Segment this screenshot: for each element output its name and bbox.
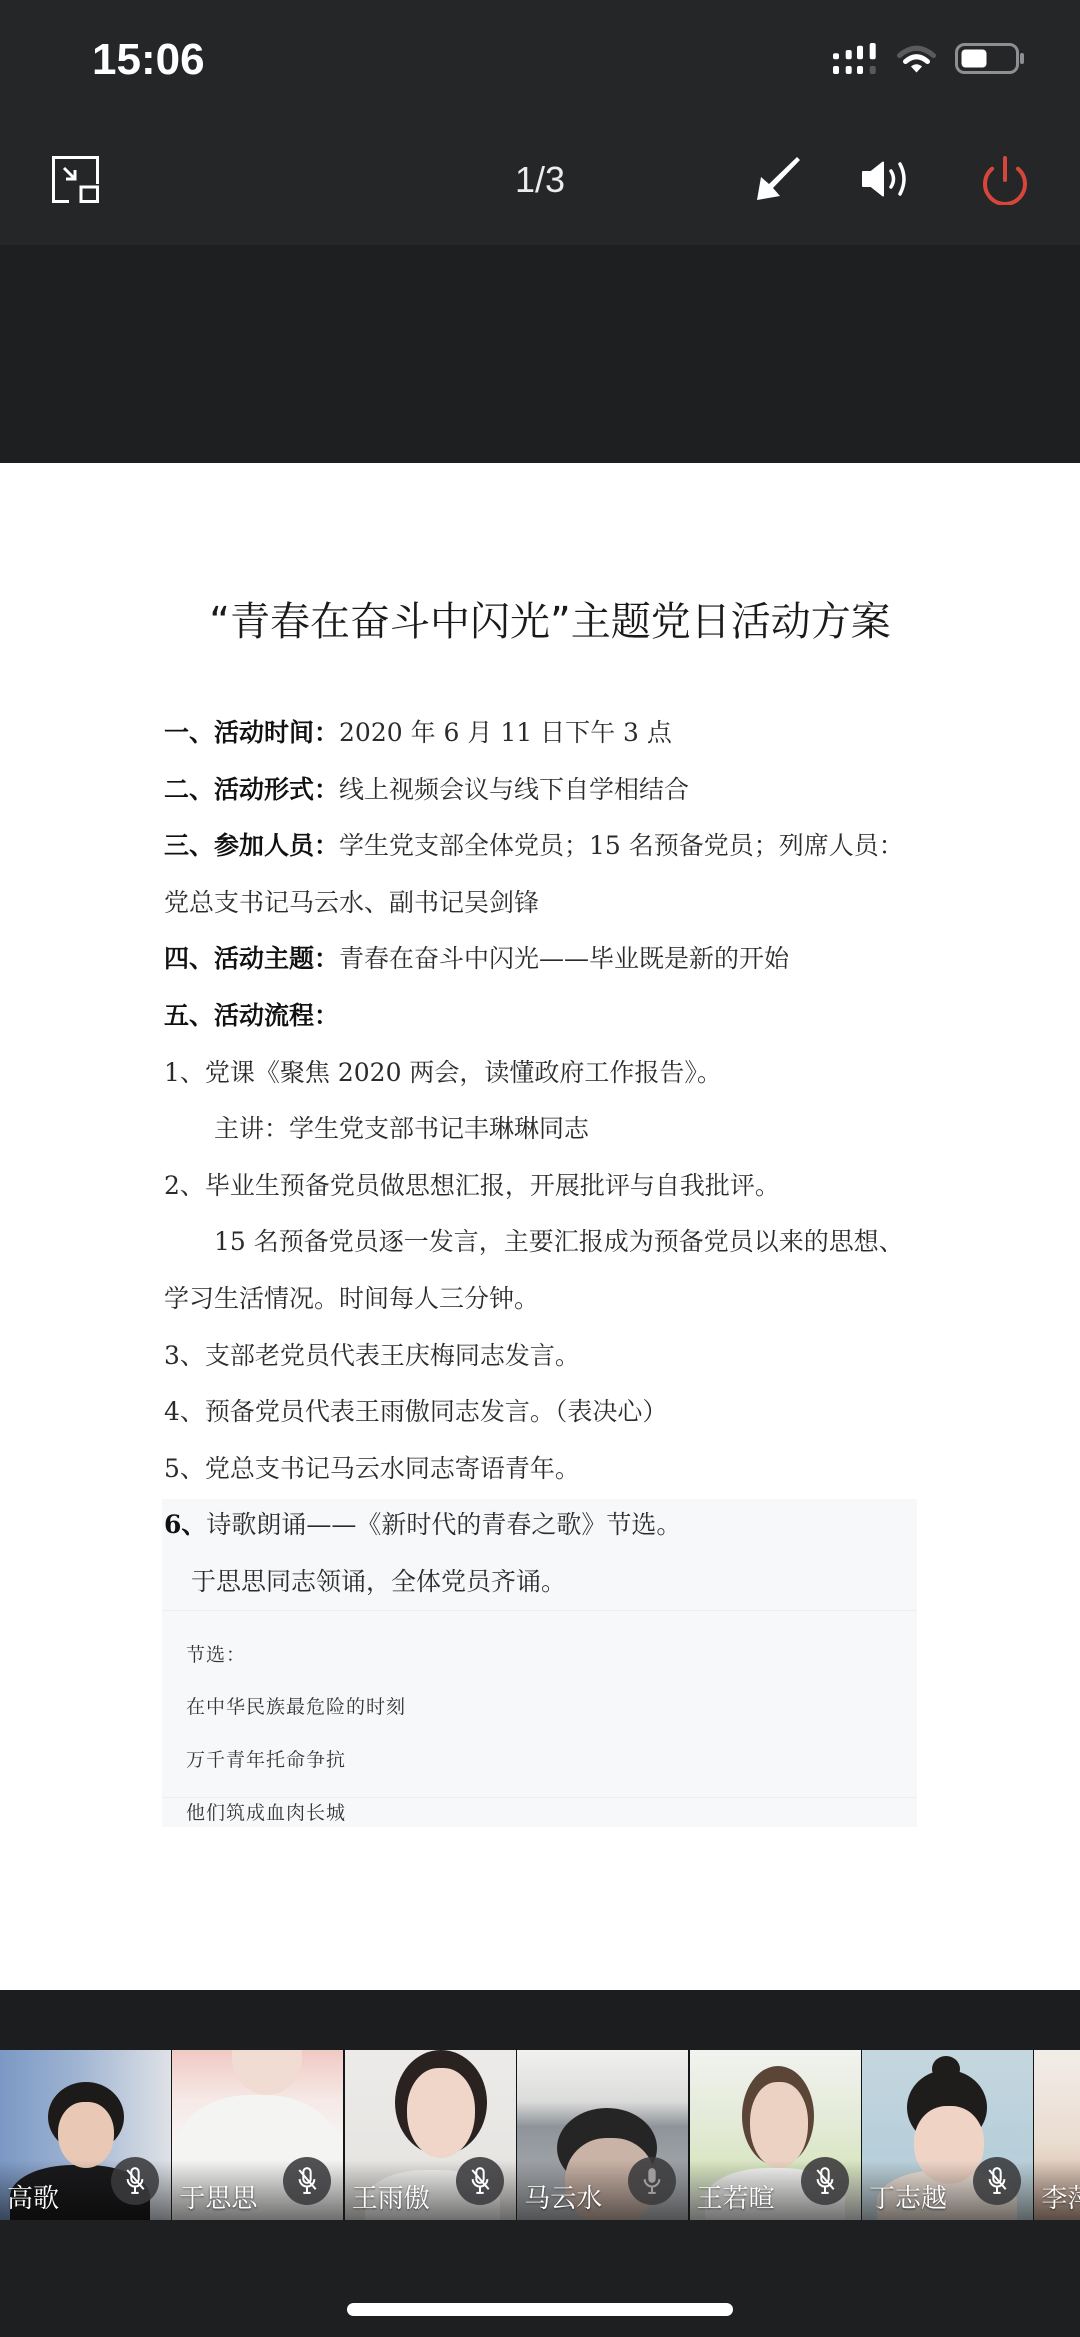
doc-line-text: 4、预备党员代表王雨傲同志发言。（表决心） xyxy=(164,1397,667,1426)
participant-name: 王若暄 xyxy=(697,2184,775,2214)
doc-line-participants: 三、参加人员：学生党支部全体党员；15 名预备党员；列席人员： xyxy=(164,818,924,875)
person-silhouette xyxy=(58,2102,114,2168)
mic-muted-button[interactable] xyxy=(456,2157,504,2205)
doc-line-label: 五、活动流程： xyxy=(164,1001,339,1030)
mic-muted-icon xyxy=(469,2166,491,2196)
document-title: “青春在奋斗中闪光”主题党日活动方案 xyxy=(20,594,1080,650)
page-indicator: 1/3 xyxy=(440,160,640,200)
doc-line-activity-time: 一、活动时间：2020 年 6 月 11 日下午 3 点 xyxy=(164,705,924,762)
doc-line-label: 三、参加人员： xyxy=(164,831,339,860)
mic-muted-icon xyxy=(986,2166,1008,2196)
doc-line-text: 3、支部老党员代表王庆梅同志发言。 xyxy=(164,1341,580,1370)
doc-line-text: 5、党总支书记马云水同志寄语青年。 xyxy=(164,1454,580,1483)
doc-line-text: 学习生活情况。时间每人三分钟。 xyxy=(164,1284,539,1313)
doc-line-item-1: 1、党课《聚焦 2020 两会，读懂政府工作报告》。 xyxy=(164,1045,924,1102)
doc-line-text: 诗歌朗诵——《新时代的青春之歌》节选。 xyxy=(206,1510,681,1539)
participant-tile[interactable]: 丁志越 xyxy=(862,2050,1033,2220)
doc-line-text: 学生党支部全体党员；15 名预备党员；列席人员： xyxy=(339,831,904,860)
doc-line-label: 二、活动形式： xyxy=(164,775,339,804)
item-number: 6、 xyxy=(164,1510,206,1539)
status-time: 15:06 xyxy=(92,34,205,86)
doc-line-text: 主讲：学生党支部书记丰琳琳同志 xyxy=(214,1114,589,1143)
person-silhouette xyxy=(407,2068,475,2158)
mic-muted-icon xyxy=(296,2166,318,2196)
minimize-window-icon[interactable] xyxy=(52,156,99,203)
doc-line-text: 2、毕业生预备党员做思想汇报，开展批评与自我批评。 xyxy=(164,1171,780,1200)
doc-line-text: 党总支书记马云水、副书记吴剑锋 xyxy=(164,888,539,917)
doc-line-item-6-lead: 于思思同志领诵，全体党员齐诵。 xyxy=(191,1556,566,1608)
doc-line-item-2-detail-cont: 学习生活情况。时间每人三分钟。 xyxy=(164,1271,924,1328)
doc-line-item-2-detail: 15 名预备党员逐一发言，主要汇报成为预备党员以来的思想、 xyxy=(164,1214,924,1271)
participant-tile[interactable]: 王若暄 xyxy=(690,2050,861,2220)
person-silhouette xyxy=(750,2082,808,2168)
doc-line-activity-format: 二、活动形式：线上视频会议与线下自学相结合 xyxy=(164,762,924,819)
top-bar: 15:06 1/3 xyxy=(0,0,1080,245)
home-indicator[interactable] xyxy=(347,2303,733,2316)
doc-line-label: 四、活动主题： xyxy=(164,944,339,973)
participant-name: 李萍 xyxy=(1041,2184,1080,2214)
excerpt-line: 在中华民族最危险的时刻 xyxy=(186,1687,406,1727)
dual-sim-signal-icon xyxy=(833,43,879,75)
participant-video-strip[interactable]: 高歌 于思思 王雨傲 马云水 xyxy=(0,2050,1080,2220)
home-indicator-area xyxy=(0,2220,1080,2337)
doc-line-label: 一、活动时间： xyxy=(164,718,339,747)
participant-tile[interactable]: 高歌 xyxy=(0,2050,171,2220)
doc-line-text: 线上视频会议与线下自学相结合 xyxy=(339,775,689,804)
power-end-icon[interactable] xyxy=(980,156,1030,205)
participant-name: 高歌 xyxy=(7,2184,59,2214)
battery-icon xyxy=(955,43,1024,74)
wifi-icon xyxy=(896,45,937,73)
doc-line-activity-process: 五、活动流程： xyxy=(164,988,924,1045)
shared-document[interactable]: “青春在奋斗中闪光”主题党日活动方案 一、活动时间：2020 年 6 月 11 … xyxy=(0,463,1080,1990)
annotate-arrow-icon[interactable] xyxy=(757,157,800,200)
participant-tile[interactable]: 王雨傲 xyxy=(345,2050,516,2220)
person-silhouette xyxy=(232,2050,302,2095)
person-silhouette xyxy=(932,2056,960,2082)
participant-name: 丁志越 xyxy=(869,2184,947,2214)
participant-tile[interactable]: 马云水 xyxy=(517,2050,688,2220)
excerpt-heading: 节选： xyxy=(186,1635,246,1675)
mic-muted-button[interactable] xyxy=(111,2157,159,2205)
participant-tile[interactable]: 李萍 xyxy=(1034,2050,1080,2220)
doc-line-activity-theme: 四、活动主题：青春在奋斗中闪光——毕业既是新的开始 xyxy=(164,931,924,988)
participant-name: 马云水 xyxy=(524,2184,602,2214)
excerpt-line: 万千青年托命争抗 xyxy=(186,1740,346,1780)
highlighted-section: 6、诗歌朗诵——《新时代的青春之歌》节选。 于思思同志领诵，全体党员齐诵。 节选… xyxy=(162,1499,917,1827)
doc-line-text: 青春在奋斗中闪光——毕业既是新的开始 xyxy=(339,944,789,973)
mic-muted-icon xyxy=(814,2166,836,2196)
doc-line-item-5: 5、党总支书记马云水同志寄语青年。 xyxy=(164,1441,924,1498)
excerpt-line: 他们筑成血肉长城 xyxy=(186,1793,346,1833)
mic-muted-button[interactable] xyxy=(801,2157,849,2205)
mic-muted-button[interactable] xyxy=(973,2157,1021,2205)
divider xyxy=(162,1610,917,1611)
doc-line-item-6: 6、诗歌朗诵——《新时代的青春之歌》节选。 xyxy=(164,1499,681,1551)
participant-name: 于思思 xyxy=(179,2184,257,2214)
doc-line-item-1-speaker: 主讲：学生党支部书记丰琳琳同志 xyxy=(164,1101,924,1158)
share-header-area xyxy=(0,245,1080,463)
video-strip-header xyxy=(0,1990,1080,2050)
mic-on-button[interactable] xyxy=(628,2157,676,2205)
doc-line-text: 2020 年 6 月 11 日下午 3 点 xyxy=(339,718,672,747)
doc-line-text: 15 名预备党员逐一发言，主要汇报成为预备党员以来的思想、 xyxy=(214,1227,904,1256)
participant-tile[interactable]: 于思思 xyxy=(172,2050,343,2220)
document-body: 一、活动时间：2020 年 6 月 11 日下午 3 点 二、活动形式：线上视频… xyxy=(164,705,924,1497)
doc-line-item-2: 2、毕业生预备党员做思想汇报，开展批评与自我批评。 xyxy=(164,1158,924,1215)
doc-line-item-3: 3、支部老党员代表王庆梅同志发言。 xyxy=(164,1328,924,1385)
mic-muted-icon xyxy=(124,2166,146,2196)
participant-name: 王雨傲 xyxy=(352,2184,430,2214)
doc-line-item-4: 4、预备党员代表王雨傲同志发言。（表决心） xyxy=(164,1384,924,1441)
mic-icon xyxy=(641,2166,663,2196)
doc-line-participants-cont: 党总支书记马云水、副书记吴剑锋 xyxy=(164,875,924,932)
doc-line-text: 1、党课《聚焦 2020 两会，读懂政府工作报告》。 xyxy=(164,1058,722,1087)
speaker-icon[interactable] xyxy=(862,161,917,197)
